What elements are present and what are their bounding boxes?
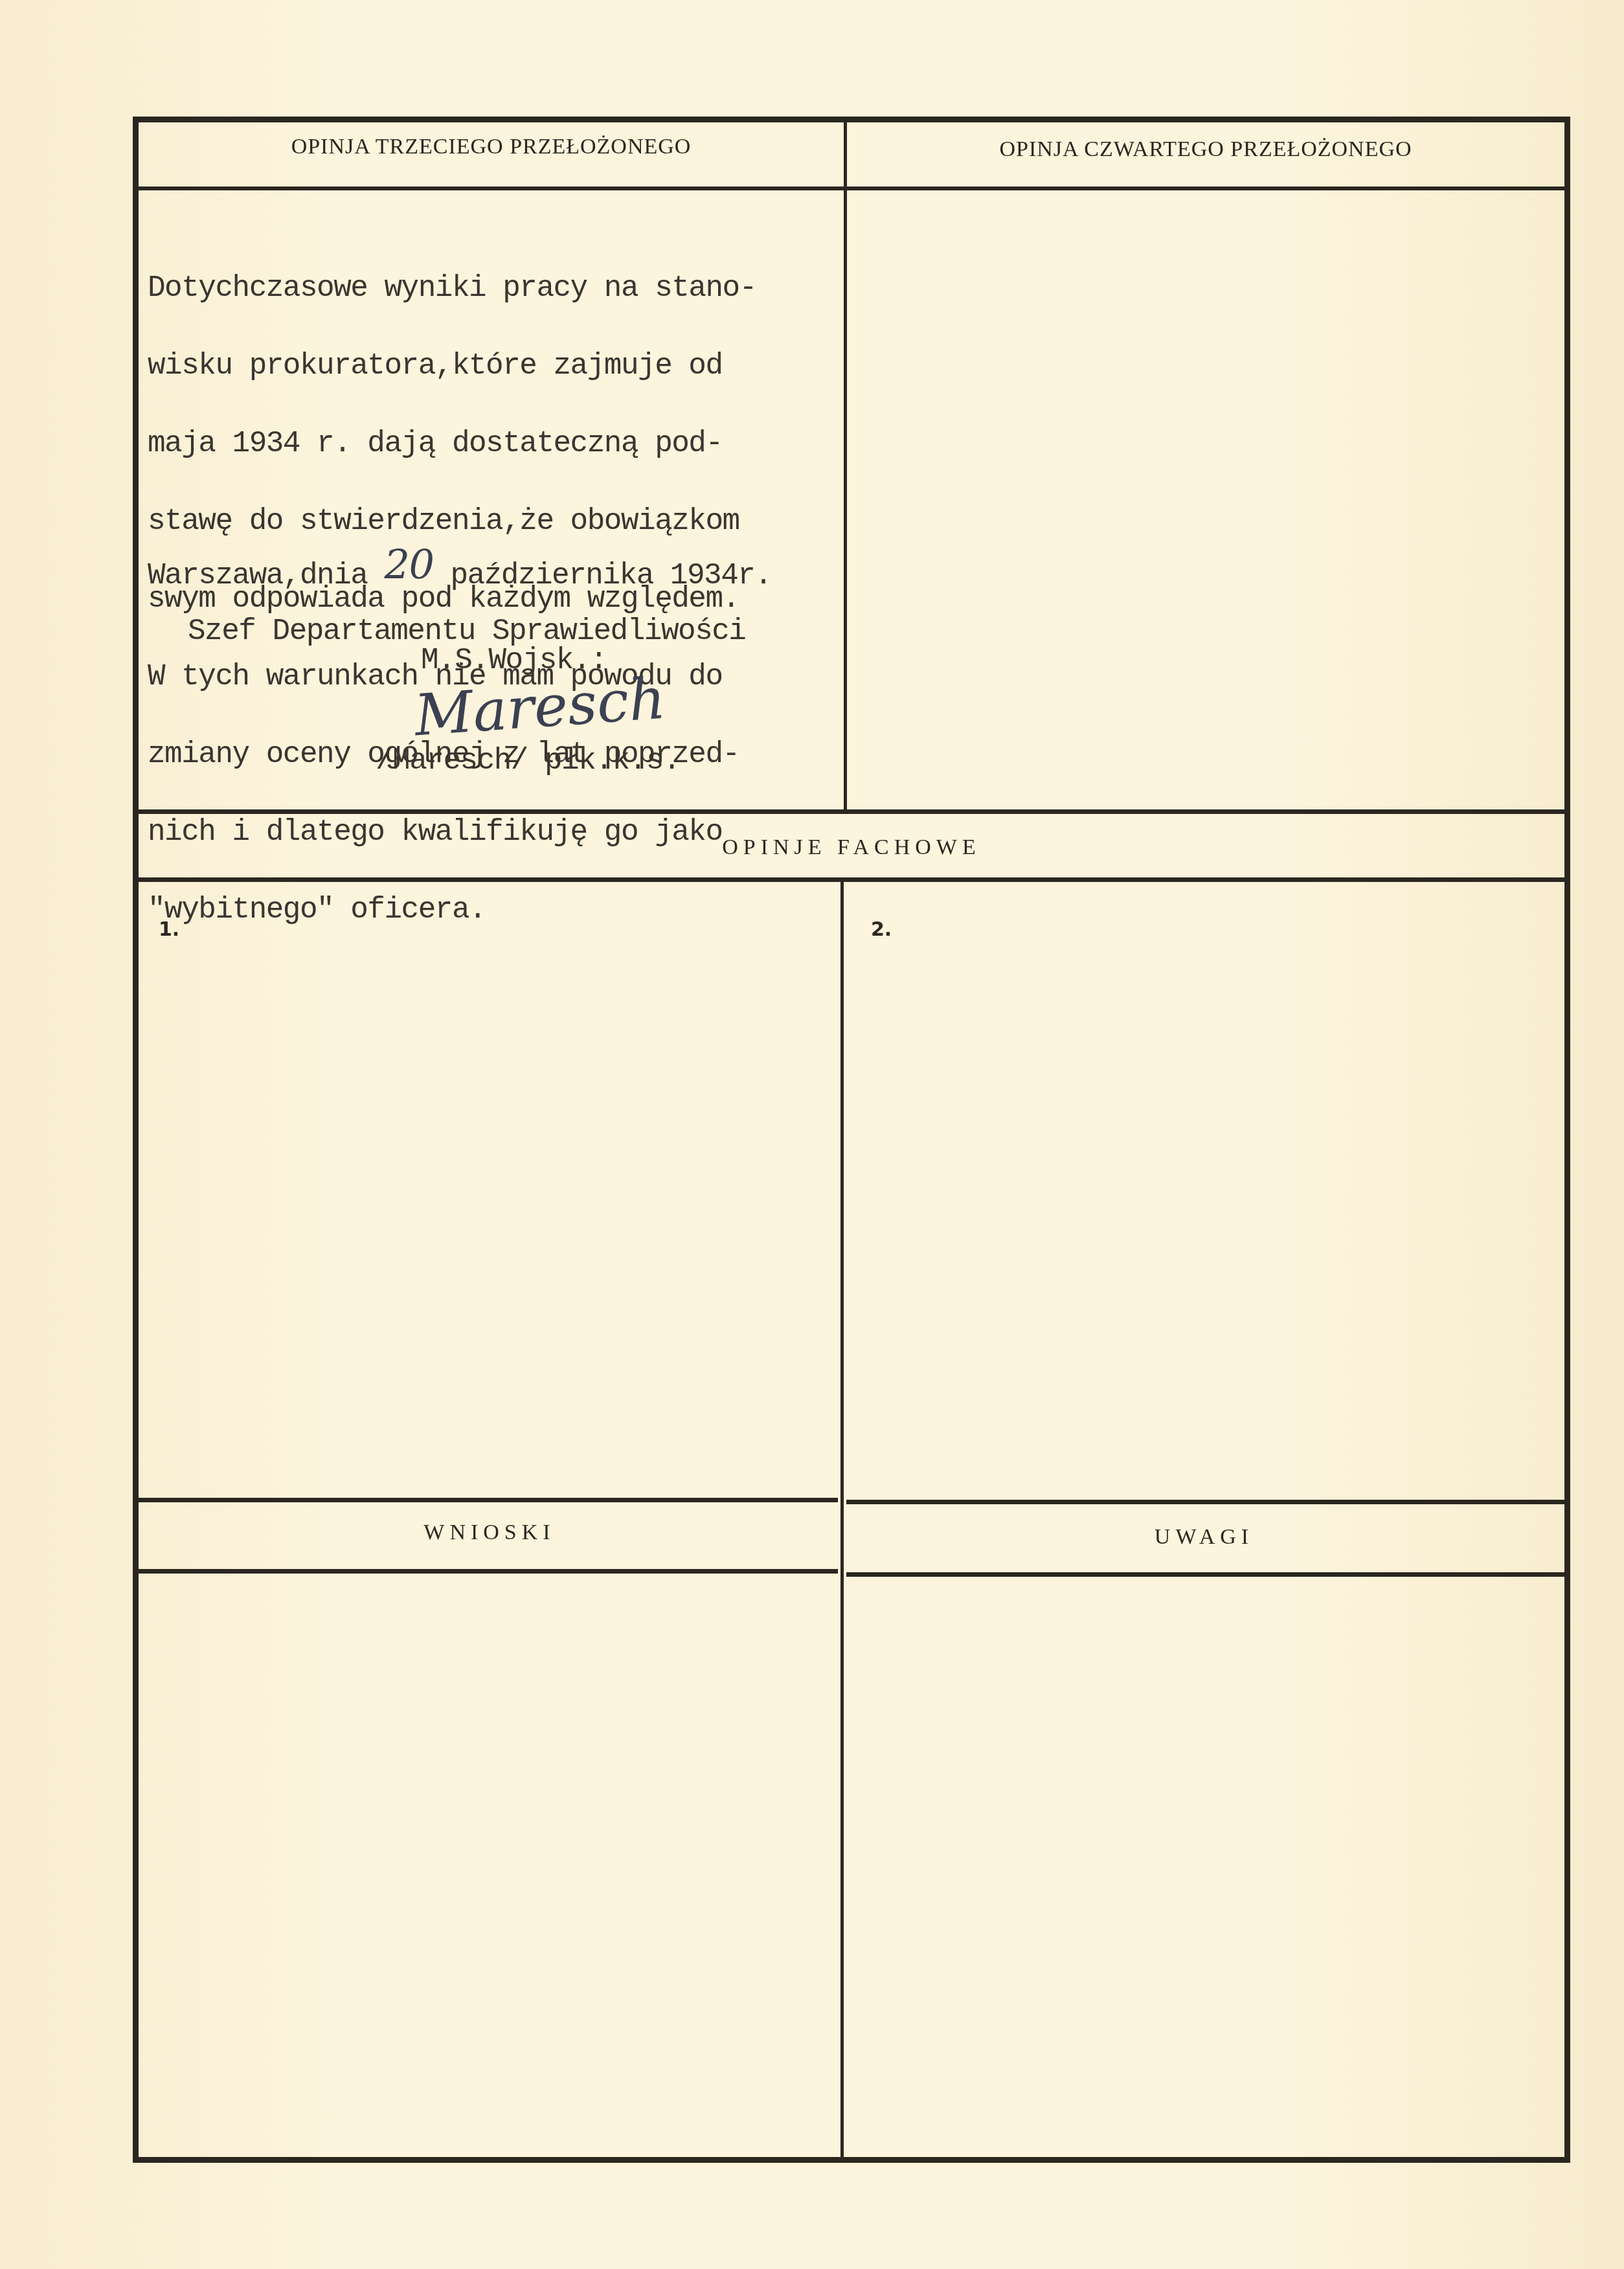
conclusions-area: [139, 1574, 840, 2156]
opinion-line: Dotychczasowe wyniki pracy na stano-: [148, 275, 756, 301]
top-column-divider: [844, 122, 847, 812]
signatory-title-line-1: Szef Departamentu Sprawiedliwości: [188, 618, 745, 644]
opinion-line: wisku prokuratora,które zajmuje od: [148, 353, 756, 379]
remarks-header-bottom-line: [846, 1572, 1564, 1577]
conclusions-header-bottom-line: [139, 1569, 838, 1574]
opinion-line: stawę do stwierdzenia,że obowiązkom: [148, 508, 756, 534]
header-conclusions: WNIOSKI: [139, 1520, 840, 1545]
expert-opinion-2-area: [844, 882, 1564, 1497]
date-suffix: października 1934r.: [450, 559, 771, 593]
top-header-divider: [139, 186, 1564, 190]
header-remarks: UWAGI: [844, 1525, 1564, 1550]
remarks-area: [844, 1577, 1564, 2156]
expert-header-bottom-line: [139, 877, 1564, 882]
expert-header-top-line: [139, 809, 1564, 814]
opinion-line: maja 1934 r. dają dostateczną pod-: [148, 431, 756, 457]
header-fourth-superior: OPINJA CZWARTEGO PRZEŁOŻONEGO: [847, 137, 1564, 162]
date-line: Warszawa,dnia 20 października 1934r.: [148, 557, 771, 589]
date-prefix: Warszawa,dnia: [148, 559, 367, 593]
fourth-superior-opinion-area: [848, 191, 1564, 809]
handwritten-day: 20: [384, 541, 433, 588]
signatory-title-line-2: M.S.Wojsk.:: [421, 648, 607, 673]
expert-opinion-1-area: [139, 882, 840, 1497]
remarks-header-top-line: [846, 1500, 1564, 1504]
conclusions-header-top-line: [139, 1498, 838, 1502]
typed-signature: /Maresch/ płk.k.s.: [376, 748, 680, 774]
header-expert-opinions: OPINJE FACHOWE: [139, 835, 1564, 860]
header-third-superior: OPINJA TRZECIEGO PRZEŁOŻONEGO: [139, 135, 844, 159]
